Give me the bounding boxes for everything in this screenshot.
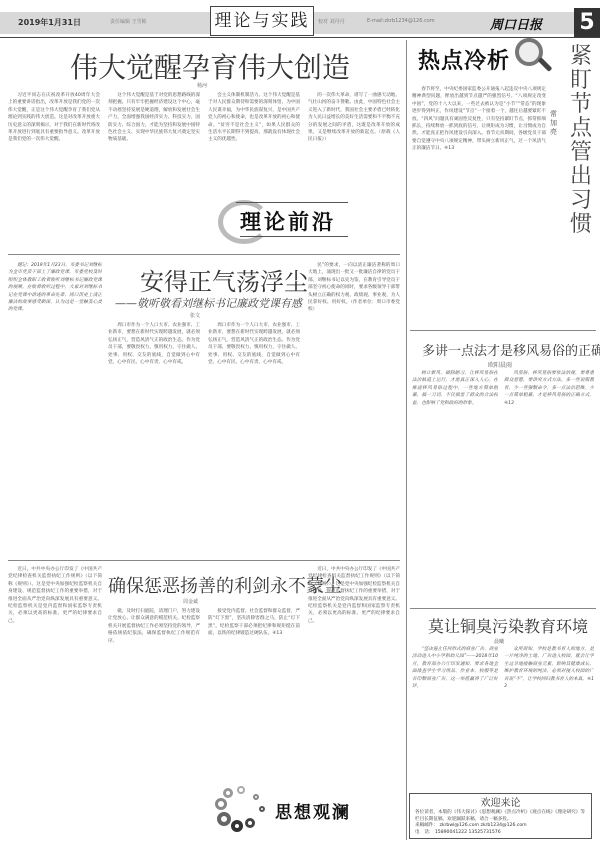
section-title: 理论与实践 [210,6,314,36]
article-1-author: 杨河 [197,82,207,89]
call-for-submissions-title: 欢迎来论 [415,797,586,810]
article-1-column-4: 的一次伟大革命，谱写了一曲感天动地、气壮山河的奋斗赞歌。由此，中国特色社会主义进… [308,92,400,192]
submission-emails[interactable]: zkrbwl@126.com zkrb1234@126.com [439,823,526,828]
article-5-author: 晨曦 [494,638,504,645]
header-divider [0,37,600,38]
phone-label: 电 话： [415,830,433,835]
ring-icon [245,818,255,828]
article-2-subhead: ——敬听敬看刘继标书记廉政党课有感 [115,295,302,311]
newspaper-masthead: 周口日报 [490,14,542,33]
issue-date: 2019年1月31日 [18,17,81,28]
hot-analysis-title: 热点冷析 [418,44,510,75]
submission-phone-row: 电 话： 15890041222 13525731576 [415,830,586,837]
article-3-author: 欧阳晨雨 [488,360,512,369]
article-2-column-3: 周口市作为一个人口大市、农业强市、工业新市，要想在新时代实现跨越发展，就必须弘扬… [208,322,300,554]
main-column-divider [406,40,407,840]
call-for-submissions-box: 欢迎来论 各位读者，本版的《伟大探讨》《思想观澜》《热点冷析》《观点在线》《理论… [409,793,592,839]
article-divider-1 [8,254,400,255]
thought-overview-logo: 思想观澜 [213,786,373,836]
right-divider-1 [410,330,596,331]
page-number: 5 [574,8,600,38]
article-2-column-2: 周口市作为一个人口大市、农业强市、工业新市，要想在新时代实现跨越发展，就必须弘扬… [108,322,200,554]
ring-icon [217,812,231,826]
article-1-column-3: 会主义体制机制活力。这个伟大觉醒是基于对人民群众期待和需要的深刻体悟，为中国人民… [208,92,300,192]
logo-rule-top [236,202,348,203]
proofreader-credit: 校对 刘丹丹 [318,18,345,25]
theory-frontier-label: 理论前沿 [240,206,336,236]
ring-icon [259,806,265,812]
article-2-headline[interactable]: 安得正气荡浮尘 [140,262,308,297]
hot-analysis-author: 常加亮 [550,110,558,137]
article-divider-2 [8,560,400,561]
article-1-column-1: 习近平同志在庆祝改革开放40周年大会上的重要讲话指出，改革开放是我们党的一次伟大… [8,92,100,252]
article-1-column-2: 这个伟大觉醒是基于对党的思想路线的深刻把握。只有牢牢把握经济建设这个中心，毫不动… [108,92,200,252]
theory-frontier-logo: 理论前沿 [218,196,348,246]
article-4-author: 周金诚 [183,598,198,605]
ring-icon [253,794,259,800]
hot-analysis-headline[interactable]: 紧盯节点 管出习惯 [567,45,595,237]
magnifier-handle-icon [538,57,553,72]
article-4-column-2: 做，及时打扫庭院，清理门户，努力建设让党放心、让群众满意的模范机关。纪检监察机关… [108,608,200,782]
article-4-column-1: 近日，中共中央办公厅印发了《中国共产党纪律检查机关监督执纪工作规则》（以下简称《… [8,566,102,840]
article-4-column-3: 接受党内监督、社会监督和群众监督，严防“灯下黑”，坚决清除害群之马，防止“灯下黑… [208,608,300,782]
article-1-headline[interactable]: 伟大觉醒孕育伟大创造 [70,46,350,86]
article-2-author: 张文 [190,312,200,319]
ring-icon [223,788,233,798]
ring-icon [237,786,245,794]
hot-analysis-body: 春节将至，中央纪委国家监委公开通报八起违反中央八项规定精神典型问题，释放出越到节… [412,86,546,326]
ring-icon [231,820,243,832]
article-3-column-1: 树立新风，破除陋习，让移风易俗在法治轨道上运行，才能真正深入人心。在推进移风易俗… [412,370,498,602]
article-3-headline[interactable]: 多讲一点法才是移风易俗的正确方式 [422,340,600,359]
submission-phones: 15890041222 13525731576 [435,830,501,835]
call-for-submissions-text: 各位读者，本版的《伟大探讨》《思想观澜》《热点冷析》《观点在线》《理论研究》等栏… [415,810,586,823]
article-5-headline[interactable]: 莫让铜臭污染教育环境 [428,614,588,637]
editor-credit: 责任编辑 王雪彬 [110,18,147,25]
logo-rule-bottom [240,236,348,237]
article-2-column-1: 题记：2019年1月23日，市委书记刘继标为全市党员干部上了廉政党课，市委党校及… [8,262,102,554]
section-email: E-mail:zkrb1234@126.com [367,18,435,24]
thought-overview-label: 思想观澜 [275,798,351,823]
article-5-column-1: “坚决遏止任何形式的商业广告、商业活动进入中小学和幼儿园”——2018年10月，… [412,646,498,786]
article-4-headline[interactable]: 确保惩恶扬善的利剑永不蒙尘 [108,572,342,598]
right-divider-2 [410,608,596,609]
article-3-column-2: 风易俗、移风易俗要依法依规，要尊重群众意愿，要讲究方式方法。多一些说服教育，少一… [504,370,594,602]
email-label: 来稿邮件： [415,823,438,828]
ring-icon [215,798,227,810]
article-2-column-4: 民”的要求，一向以清正廉洁著称的周口大地上，涌现出一批又一批廉洁自律的党员干部。… [308,262,400,554]
article-5-column-2: 众所周知，学校是教书育人的地方，是一片纯净的土地。广告进入校园，就会让学生过早地… [504,646,594,786]
